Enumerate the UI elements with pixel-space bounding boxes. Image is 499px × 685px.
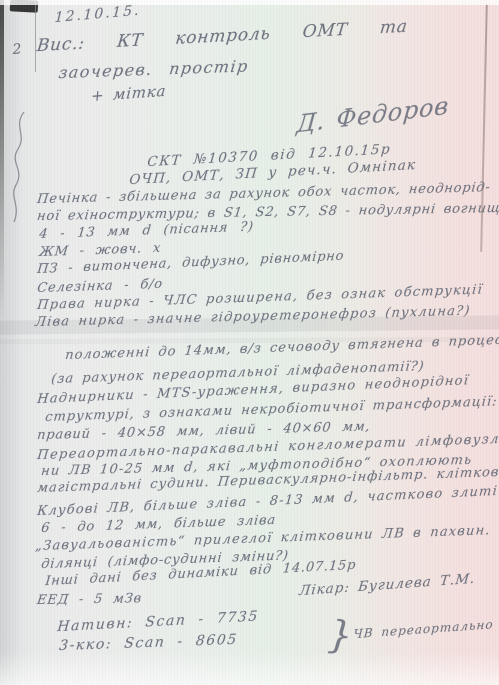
- left-crease-line: [35, 0, 36, 72]
- report-date: 12.10.15.: [54, 2, 141, 26]
- top-white-strip: [0, 0, 499, 5]
- staple-mark: [10, 0, 39, 13]
- body-line: положенні до 14мм, в/з сечоводу втягнена…: [64, 333, 499, 363]
- doctor-name-line: Лікар: Бугилева Т.М.: [298, 571, 476, 599]
- left-edge-shadow: [0, 0, 36, 685]
- brace-annotation: ЧВ переаортально: [353, 617, 494, 641]
- scanned-document-page: 2 12.10.15. Вис.: КТ контроль ОМТ та зао…: [0, 0, 499, 685]
- left-scan-edge: [0, 0, 4, 320]
- bottom-fade: [0, 652, 499, 685]
- header-line-2: заочерев. простір: [58, 56, 250, 82]
- margin-scribble: [6, 108, 32, 230]
- doctor-signature: Д. Федоров: [296, 91, 451, 138]
- margin-page-number: 2: [12, 41, 23, 58]
- brace-mark: }: [326, 612, 355, 658]
- phase-scan-line: 3-кко: Scan - 8605: [58, 632, 238, 654]
- body-line: Селезінка - б/о: [36, 277, 163, 296]
- header-line-3: + мітка: [90, 82, 167, 105]
- body-line: ЕЕД - 5 мЗв: [36, 591, 143, 608]
